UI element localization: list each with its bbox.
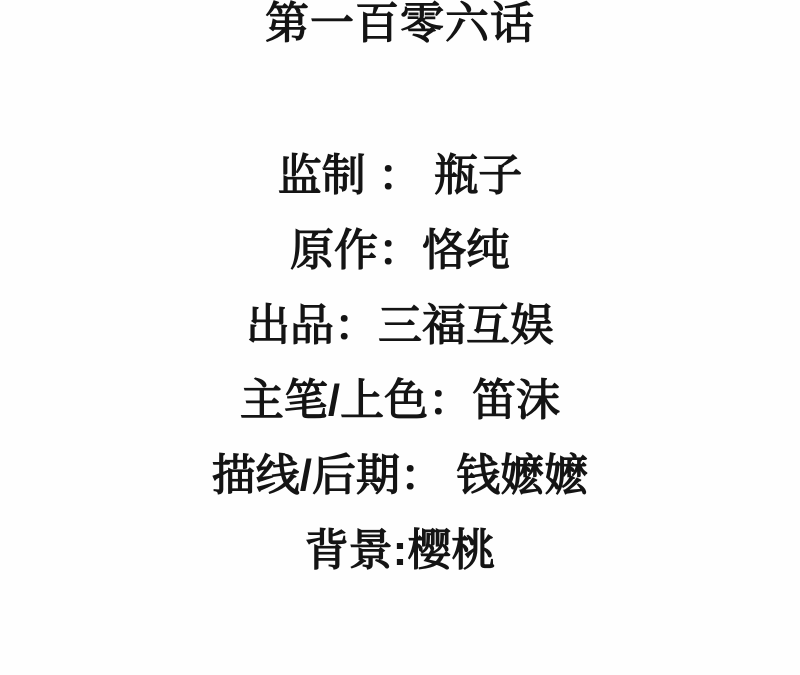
chapter-title: 第一百零六话 bbox=[0, 0, 800, 48]
credit-line-producer: 出品：三福互娱 bbox=[0, 283, 800, 358]
credit-line-lineart-postproduction: 描线/后期： 钱嬷嬷 bbox=[0, 433, 800, 508]
credits-list: 监制 ： 瓶子 原作：恪纯 出品：三福互娱 主笔/上色：笛沫 描线/后期： 钱嬷… bbox=[0, 133, 800, 583]
credit-line-supervisor: 监制 ： 瓶子 bbox=[0, 133, 800, 208]
credit-line-original-author: 原作：恪纯 bbox=[0, 208, 800, 283]
credit-line-background-artist: 背景:樱桃 bbox=[0, 508, 800, 583]
credit-line-lead-artist-coloring: 主笔/上色：笛沫 bbox=[0, 358, 800, 433]
credits-page: 第一百零六话 监制 ： 瓶子 原作：恪纯 出品：三福互娱 主笔/上色：笛沫 描线… bbox=[0, 0, 800, 675]
